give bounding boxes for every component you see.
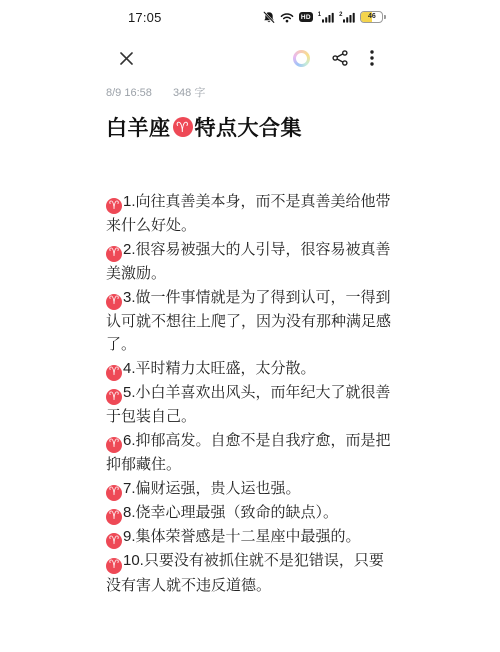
note-body: ♈1.向往真善美本身，而不是真善美给他带来什么好处。♈2.很容易被强大的人引导，… xyxy=(106,190,398,597)
sim2-label: 2 xyxy=(339,12,342,18)
aries-emoji-icon: ♈ xyxy=(106,365,122,381)
list-item-text: 7.偏财运强，贵人运也强。 xyxy=(123,480,301,497)
toolbar xyxy=(118,46,374,70)
signal-icon: 2 xyxy=(339,12,355,23)
battery-icon: 46 xyxy=(360,11,386,23)
phone-screen: 17:05 HD 1 xyxy=(0,0,500,652)
aries-emoji-icon: ♈ xyxy=(106,558,122,574)
sim1-label: 1 xyxy=(318,12,321,18)
list-item-text: 4.平时精力太旺盛，太分散。 xyxy=(123,360,316,377)
list-item: ♈7.偏财运强，贵人运也强。 xyxy=(106,477,398,501)
status-time: 17:05 xyxy=(128,10,162,25)
close-button[interactable] xyxy=(118,50,135,67)
aries-emoji-icon: ♈ xyxy=(106,485,122,501)
list-item-text: 9.集体荣誉感是十二星座中最强的。 xyxy=(123,528,361,545)
aries-emoji-icon: ♈ xyxy=(106,437,122,453)
note-title-suffix: 特点大合集 xyxy=(195,112,303,142)
list-item: ♈4.平时精力太旺盛，太分散。 xyxy=(106,357,398,381)
list-item-text: 1.向往真善美本身，而不是真善美给他带来什么好处。 xyxy=(106,193,391,234)
status-bar: 17:05 HD 1 xyxy=(128,8,386,26)
note-meta: 8/9 16:58 348 字 xyxy=(106,84,205,100)
share-icon xyxy=(331,49,349,67)
note-title: 白羊座 ♈ 特点大合集 xyxy=(106,112,302,142)
wifi-icon xyxy=(280,12,294,23)
aries-emoji-icon: ♈ xyxy=(106,509,122,525)
aries-emoji-icon: ♈ xyxy=(106,533,122,549)
more-button[interactable] xyxy=(370,50,374,66)
list-item: ♈1.向往真善美本身，而不是真善美给他带来什么好处。 xyxy=(106,190,398,238)
battery-nub xyxy=(384,15,386,20)
battery-percent: 46 xyxy=(361,12,382,22)
note-title-prefix: 白羊座 xyxy=(106,112,171,142)
share-button[interactable] xyxy=(331,49,349,67)
list-item-text: 3.做一件事情就是为了得到认可，一得到认可就不想往上爬了，因为没有那种满足感了。 xyxy=(106,289,391,354)
assistant-ring-icon xyxy=(293,50,310,67)
aries-emoji-icon: ♈ xyxy=(106,198,122,214)
signal-icon: 1 xyxy=(318,12,334,23)
list-item-text: 2.很容易被强大的人引导，很容易被真善美激励。 xyxy=(106,241,391,282)
list-item: ♈8.侥幸心理最强（致命的缺点）。 xyxy=(106,501,398,525)
list-item: ♈6.抑郁高发。自愈不是自我疗愈，而是把抑郁藏住。 xyxy=(106,429,398,477)
status-icons: HD 1 2 xyxy=(263,11,386,24)
list-item-text: 5.小白羊喜欢出风头，而年纪大了就很善于包装自己。 xyxy=(106,384,391,425)
list-item: ♈2.很容易被强大的人引导，很容易被真善美激励。 xyxy=(106,238,398,286)
hd-icon: HD xyxy=(299,12,313,22)
list-item: ♈3.做一件事情就是为了得到认可，一得到认可就不想往上爬了，因为没有那种满足感了… xyxy=(106,286,398,357)
list-item: ♈10.只要没有被抓住就不是犯错误，只要没有害人就不违反道德。 xyxy=(106,549,398,597)
list-item-text: 10.只要没有被抓住就不是犯错误，只要没有害人就不违反道德。 xyxy=(106,552,384,593)
aries-emoji-icon: ♈ xyxy=(106,389,122,405)
assistant-button[interactable] xyxy=(293,50,310,67)
notifications-off-icon xyxy=(263,11,275,24)
note-word-count: 348 字 xyxy=(173,87,205,99)
more-icon xyxy=(370,50,374,66)
list-item: ♈9.集体荣誉感是十二星座中最强的。 xyxy=(106,525,398,549)
close-icon xyxy=(118,50,135,67)
list-item: ♈5.小白羊喜欢出风头，而年纪大了就很善于包装自己。 xyxy=(106,381,398,429)
list-item-text: 6.抑郁高发。自愈不是自我疗愈，而是把抑郁藏住。 xyxy=(106,432,391,473)
aries-emoji-icon: ♈ xyxy=(106,294,122,310)
aries-emoji-icon: ♈ xyxy=(106,246,122,262)
aries-emoji-icon: ♈ xyxy=(173,117,193,137)
list-item-text: 8.侥幸心理最强（致命的缺点）。 xyxy=(123,504,338,521)
note-datetime: 8/9 16:58 xyxy=(106,87,152,99)
